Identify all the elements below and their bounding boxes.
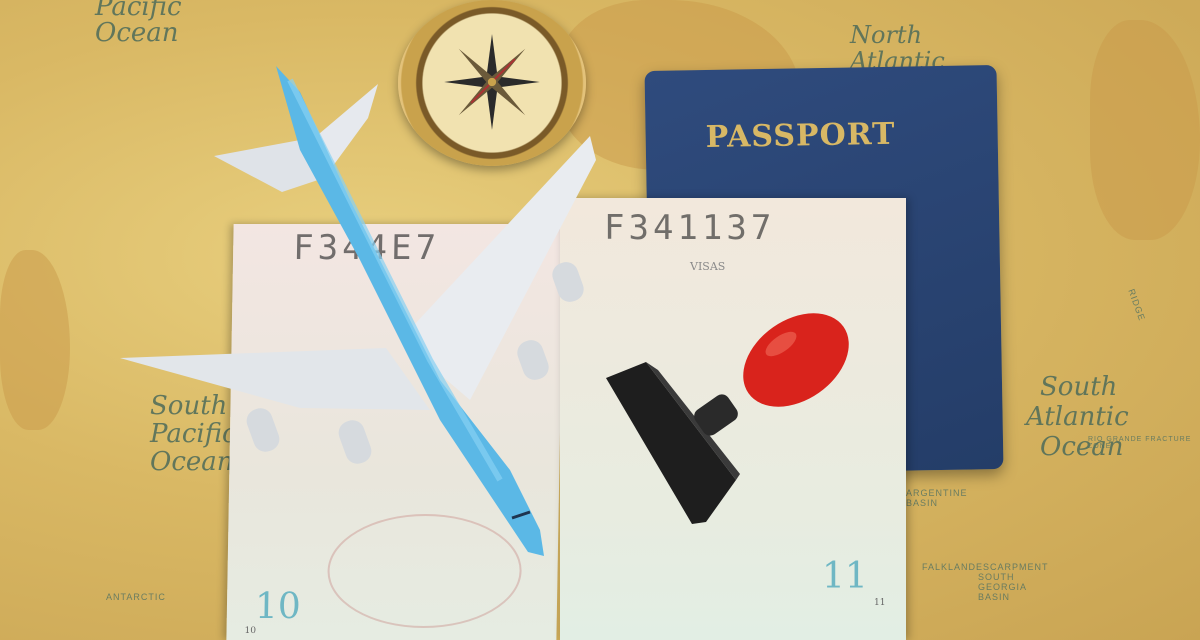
map-label-escarpment: ESCARPMENT	[976, 562, 1049, 572]
map-label-atlantic: Atlantic	[1026, 402, 1129, 432]
map-label-antarctic: ANTARCTIC	[106, 592, 166, 602]
page-number-right-small: 11	[874, 598, 885, 608]
passport-title: PASSPORT	[705, 117, 895, 155]
map-label-ridge: RIDGE	[1126, 288, 1147, 323]
page-number-right: 11	[822, 556, 868, 597]
faded-stamp-mark	[327, 514, 523, 628]
page-number-left-small: 10	[244, 626, 256, 636]
map-label-pacific: Pacific Ocean	[95, 0, 182, 46]
perforation-number-right: F341137	[604, 208, 775, 248]
compass	[398, 0, 586, 166]
passport-page-left: F344E7 10 10	[226, 224, 563, 640]
map-label-south-pacific: South Pacific Ocean	[150, 392, 237, 476]
map-label-rio-grande: RIO GRANDE FRACTURE ZONE	[1088, 436, 1200, 450]
map-landmass-africa	[1090, 20, 1200, 240]
visas-label: VISAS	[690, 260, 725, 273]
map-label-south: South	[1040, 372, 1129, 402]
map-label-south-georgia: SOUTH GEORGIA BASIN	[978, 572, 1048, 602]
page-number-left: 10	[255, 586, 302, 627]
compass-rose-icon	[440, 30, 544, 134]
rubber-stamp	[606, 310, 856, 530]
map-label-falkland: FALKLAND	[922, 562, 976, 572]
map-landmass-west	[0, 250, 70, 430]
perforation-number-left: F344E7	[293, 228, 441, 268]
map-label-argentine-basin: ARGENTINE BASIN	[906, 488, 986, 508]
